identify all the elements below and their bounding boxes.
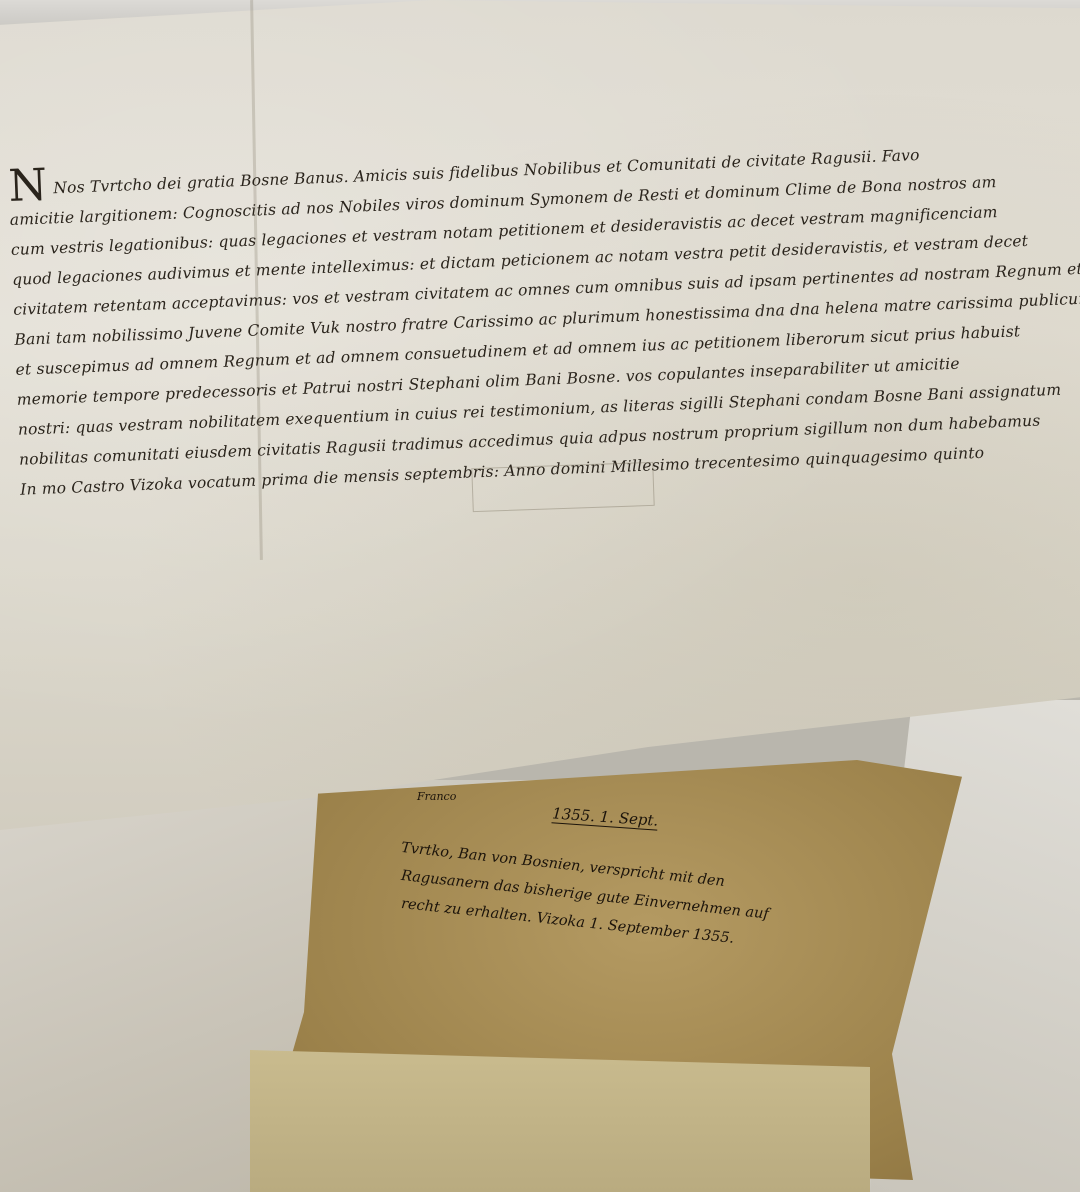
docket-lower-fold <box>250 1050 870 1192</box>
charter-text: NNos Tvrtcho dei gratia Bosne Banus. Ami… <box>8 131 1080 505</box>
docket-note-above: Franco <box>417 790 456 803</box>
docket-date-heading: 1355. 1. Sept. <box>551 804 658 830</box>
seal-slot-outline <box>471 462 654 512</box>
